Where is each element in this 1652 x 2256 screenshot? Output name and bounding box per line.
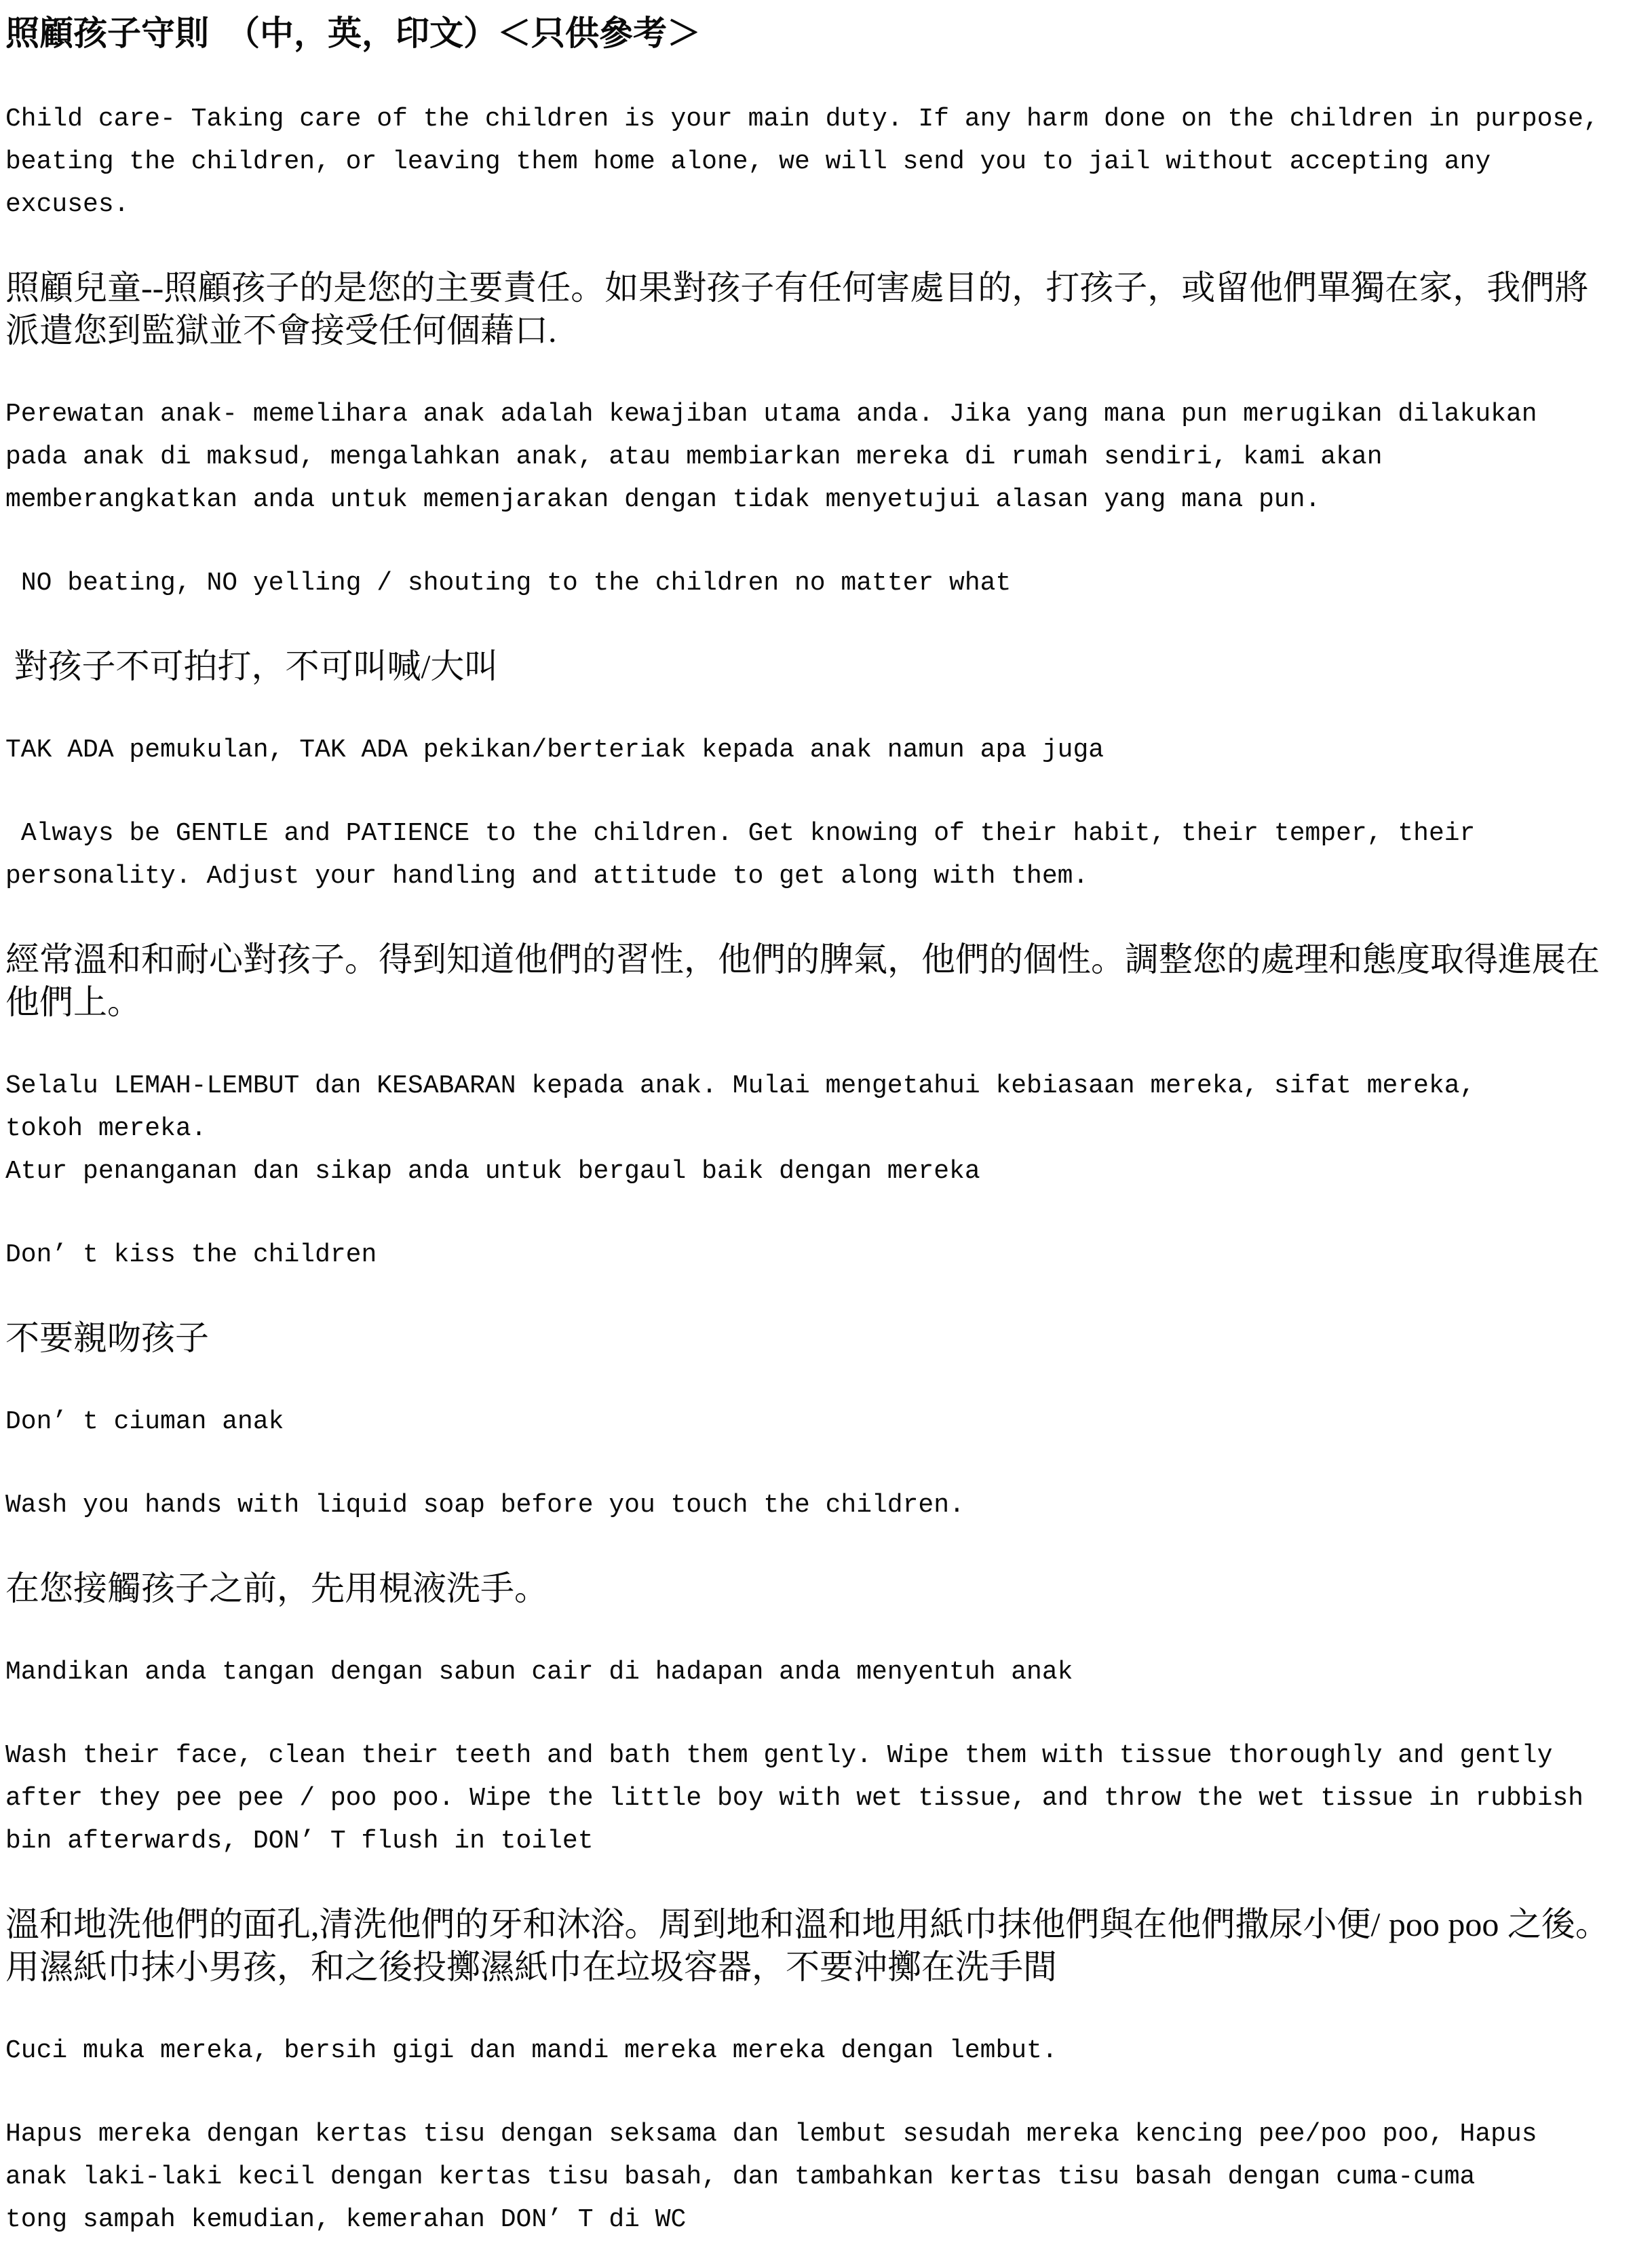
para-zh-wash-hands: 在您接觸孩子之前，先用梘液洗手。 — [5, 1567, 1645, 1610]
para-zh-childcare-duty: 照顧兒童--照顧孩子的是您的主要責任。如果對孩子有任何害處目的，打孩子，或留他們… — [5, 267, 1645, 352]
para-en-no-beating: NO beating, NO yelling / shouting to the… — [5, 562, 1645, 605]
para-ms-childcare-duty: Perewatan anak- memelihara anak adalah k… — [5, 393, 1645, 521]
para-ms-wash-hands: Mandikan anda tangan dengan sabun cair d… — [5, 1651, 1645, 1694]
para-zh-gentle-patience: 經常溫和和耐心對孩子。得到知道他們的習性，他們的脾氣，他們的個性。調整您的處理和… — [5, 938, 1645, 1024]
para-zh-wash-face: 溫和地洗他們的面孔,清洗他們的牙和沐浴。周到地和溫和地用紙巾抹他們與在他們撒尿小… — [5, 1903, 1645, 1989]
para-en-wash-hands: Wash you hands with liquid soap before y… — [5, 1484, 1645, 1527]
para-en-gentle-patience: Always be GENTLE and PATIENCE to the chi… — [5, 812, 1645, 898]
para-en-dont-kiss: Don’ t kiss the children — [5, 1234, 1645, 1276]
para-zh-dont-kiss: 不要親吻孩子 — [5, 1317, 1645, 1360]
para-ms-gentle-patience: Selalu LEMAH-LEMBUT dan KESABARAN kepada… — [5, 1065, 1645, 1193]
document-title: 照顧孩子守則 （中，英，印文）＜只供參考＞ — [5, 9, 1645, 57]
para-en-wash-face: Wash their face, clean their teeth and b… — [5, 1734, 1645, 1862]
para-zh-no-beating: 對孩子不可拍打，不可叫喊/大叫 — [5, 645, 1645, 688]
para-ms-dont-kiss: Don’ t ciuman anak — [5, 1400, 1645, 1443]
para-en-childcare-duty: Child care- Taking care of the children … — [5, 98, 1645, 226]
document-page: 照顧孩子守則 （中，英，印文）＜只供參考＞ Child care- Taking… — [0, 0, 1652, 2256]
para-ms-wipe-tissue: Hapus mereka dengan kertas tisu dengan s… — [5, 2113, 1645, 2241]
para-ms-wash-face: Cuci muka mereka, bersih gigi dan mandi … — [5, 2029, 1645, 2072]
para-ms-no-beating: TAK ADA pemukulan, TAK ADA pekikan/berte… — [5, 729, 1645, 771]
